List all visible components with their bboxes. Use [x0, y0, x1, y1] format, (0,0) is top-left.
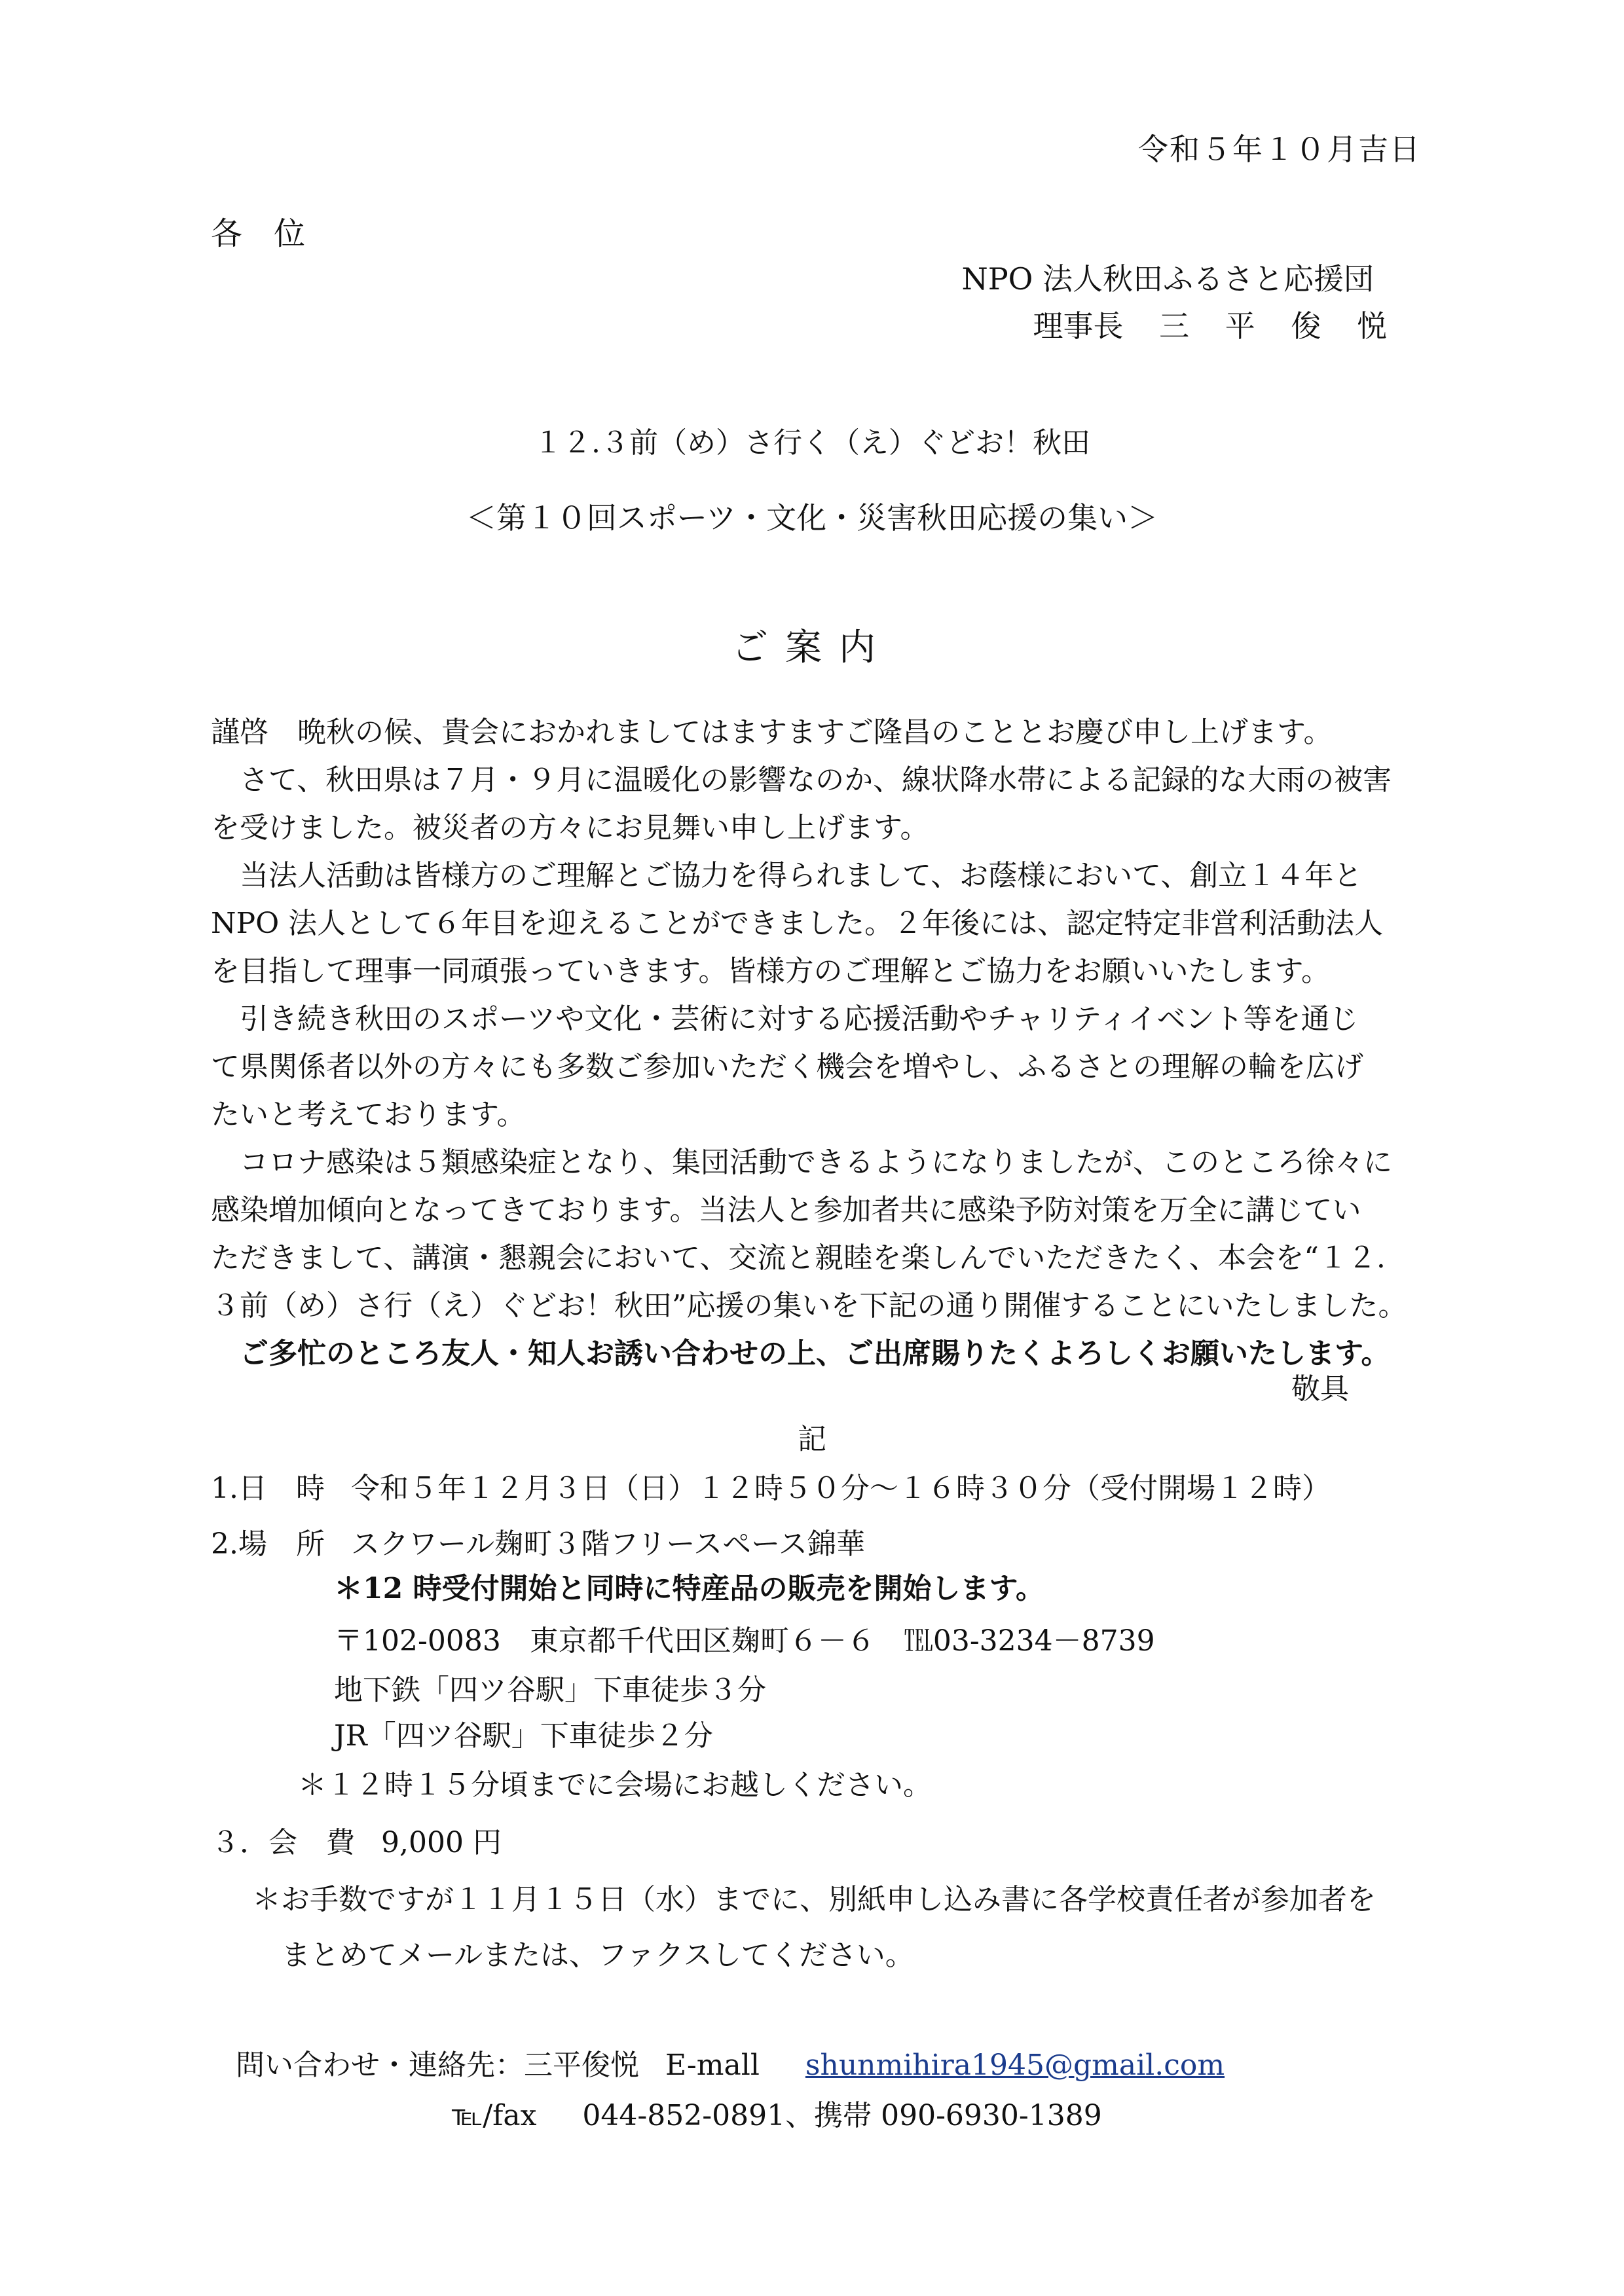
email-label: E-mall [665, 2049, 760, 2082]
fee-value: 9,000 円 [381, 1826, 502, 1859]
venue-address: 〒102-0083 東京都千代田区麹町６－６ ℡03-3234－8739 [334, 1617, 1155, 1659]
body-line: NPO 法人として６年目を迎えることができました。２年後には、認定特定非営利活動… [211, 900, 1429, 947]
detail-fee: ３．会 費9,000 円 [211, 1819, 502, 1861]
body-line: さて、秋田県は７月・９月に温暖化の影響なのか、線状降水帯による記録的な大雨の被害 [211, 756, 1429, 804]
phone-line: ℡/fax044-852-0891、携帯 090-6930-1389 [452, 2092, 1102, 2134]
venue-sales-note: ＊12 時受付開始と同時に特産品の販売を開始します。 [334, 1565, 1044, 1607]
body-line-emphasis: ご多忙のところ友人・知人お誘い合わせの上、ご出席賜りたくよろしくお願いたします。 [211, 1330, 1429, 1377]
chair-name-3: 俊 [1291, 308, 1321, 344]
event-slogan: １２.３前（め）さ行く（え）ぐどお！秋田 [0, 419, 1624, 461]
chair-name-2: 平 [1225, 308, 1255, 344]
contact-label: 問い合わせ・連絡先：三平俊悦 [236, 2049, 639, 2082]
event-name: ＜第１０回スポーツ・文化・災害秋田応援の集い＞ [0, 494, 1624, 538]
datetime-label: 1.日 時 [211, 1472, 325, 1505]
page-title: ご案内 [0, 619, 1624, 671]
body-line: 当法人活動は皆様方のご理解とご協力を得られまして、お蔭様において、創立１４年と [211, 852, 1429, 900]
access-subway: 地下鉄「四ツ谷駅」下車徒歩３分 [334, 1666, 766, 1708]
venue-label: 2.場 所 [211, 1527, 325, 1561]
chair-name-1: 三 [1159, 308, 1189, 344]
sender-chair: 理事長 三 平 俊 悦 [1033, 302, 1388, 346]
arrival-note: ＊１２時１５分頃までに会場にお越しください。 [298, 1761, 932, 1803]
body-line: 引き続き秋田のスポーツや文化・芸術に対する応援活動やチャリティイベント等を通じ [211, 995, 1429, 1043]
body-line: を受けました。被災者の方々にお見舞い申し上げます。 [211, 804, 1429, 852]
venue-value: スクワール麹町３階フリースペース錦華 [351, 1527, 865, 1561]
fee-note-1: ＊お手数ですが１１月１５日（水）までに、別紙申し込み書に各学校責任者が参加者を [252, 1876, 1376, 1918]
chair-name-4: 悦 [1357, 308, 1387, 344]
datetime-value: 令和５年１２月３日（日）１２時５０分～１６時３０分（受付開場１２時） [351, 1472, 1331, 1505]
contact-line: 問い合わせ・連絡先：三平俊悦E-mallshunmihira1945@gmail… [236, 2041, 1225, 2083]
tel-label: ℡/fax [452, 2099, 536, 2132]
body-line: コロナ感染は５類感染症となり、集団活動できるようになりましたが、このところ徐々に [211, 1139, 1429, 1186]
detail-datetime: 1.日 時令和５年１２月３日（日）１２時５０分～１６時３０分（受付開場１２時） [211, 1465, 1331, 1506]
body-line: たいと考えております。 [211, 1091, 1429, 1139]
body-line: て県関係者以外の方々にも多数ご参加いただく機会を増やし、ふるさとの理解の輪を広げ [211, 1043, 1429, 1091]
body-line: ３前（め）さ行（え）ぐどお！秋田”応援の集いを下記の通り開催することにいたしまし… [211, 1282, 1429, 1330]
recipient: 各位 [211, 208, 337, 253]
body-line: 謹啓 晩秋の候、貴会におかれましてはますますご隆昌のこととお慶び申し上げます。 [211, 708, 1429, 756]
sender-organization: NPO 法人秋田ふるさと応援団 [961, 255, 1374, 299]
chair-title: 理事長 [1033, 308, 1124, 344]
fee-note-2: まとめてメールまたは、ファクスしてください。 [282, 1931, 914, 1973]
document-date: 令和５年１０月吉日 [1138, 126, 1421, 169]
closing-keigu: 敬具 [1291, 1365, 1349, 1407]
detail-venue: 2.場 所スクワール麹町３階フリースペース錦華 [211, 1520, 865, 1562]
tel-value: 044-852-0891、携帯 090-6930-1389 [582, 2099, 1101, 2132]
ki-marker: 記 [0, 1415, 1624, 1457]
body-line: 感染増加傾向となってきております。当法人と参加者共に感染予防対策を万全に講じてい [211, 1186, 1429, 1234]
body-line: を目指して理事一同頑張っていきます。皆様方のご理解とご協力をお願いいたします。 [211, 947, 1429, 995]
fee-label: ３．会 費 [211, 1826, 355, 1859]
access-jr: JR「四ツ谷駅」下車徒歩２分 [334, 1712, 713, 1754]
email-link[interactable]: shunmihira1945@gmail.com [805, 2049, 1225, 2082]
body-line: ただきまして、講演・懇親会において、交流と親睦を楽しんでいただきたく、本会を“１… [211, 1234, 1429, 1282]
letter-body: 謹啓 晩秋の候、貴会におかれましてはますますご隆昌のこととお慶び申し上げます。 … [211, 708, 1429, 1377]
